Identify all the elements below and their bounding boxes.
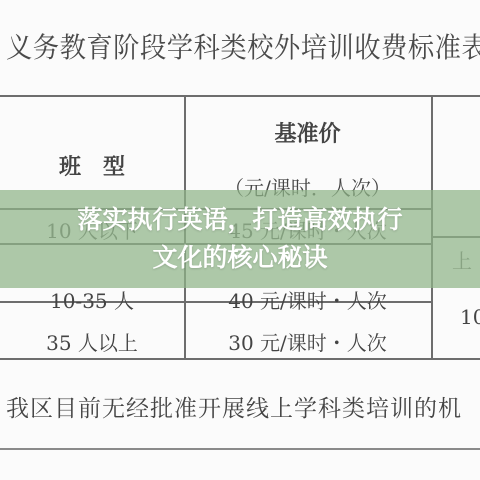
row-2-class-type: 10-35 人: [0, 285, 184, 314]
headline-line-1: 落实执行英语，打造高效执行: [77, 201, 402, 239]
row-3-class-type: 35 人以上: [0, 327, 184, 356]
document-title: 义务教育阶段学科类校外培训收费标准表: [6, 26, 480, 66]
document-footer-text: 我区目前无经批准开展线上学科类培训的机: [6, 390, 462, 423]
header-class-type: 班 型: [0, 150, 184, 181]
table-rule-top: [0, 95, 480, 97]
headline-line-2: 文化的核心秘诀: [152, 239, 327, 277]
headline-text: 落实执行英语，打造高效执行 文化的核心秘诀: [0, 190, 480, 288]
row-3-price: 30 元/课时・人次: [184, 327, 431, 356]
footer-rule: [0, 448, 480, 450]
headline-banner: 落实执行英语，打造高效执行 文化的核心秘诀: [0, 190, 480, 288]
header-base-price: 基准价: [184, 117, 431, 148]
third-col-fragment-2: 10: [460, 305, 480, 329]
row-2-price: 40 元/课时・人次: [184, 285, 431, 314]
table-rule-bottom: [0, 358, 480, 360]
